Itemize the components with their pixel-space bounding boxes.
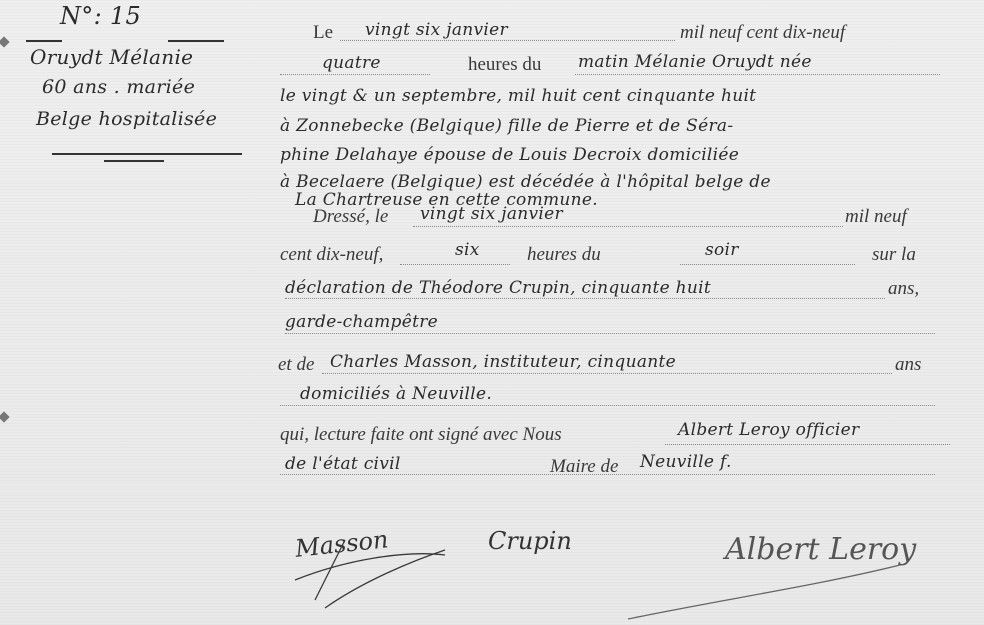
hand-date: vingt six janvier bbox=[365, 20, 508, 40]
dotted-rule bbox=[665, 444, 950, 445]
printed-qui-lecture: qui, lecture faite ont signé avec Nous bbox=[280, 424, 562, 446]
signature-crupin: Crupin bbox=[488, 527, 572, 555]
binding-mark-top bbox=[0, 36, 10, 47]
margin-underline bbox=[52, 153, 242, 155]
hand-birth-place: à Zonnebecke (Belgique) fille de Pierre … bbox=[280, 116, 733, 136]
binding-mark-bottom bbox=[0, 411, 10, 422]
printed-year: mil neuf cent dix-neuf bbox=[680, 22, 845, 44]
margin-rule-right bbox=[168, 40, 224, 42]
margin-underline-short bbox=[104, 160, 164, 162]
dotted-rule bbox=[285, 333, 935, 334]
printed-et-de: et de bbox=[278, 354, 314, 376]
hand-hour: quatre bbox=[322, 53, 381, 73]
record-number: N°: 15 bbox=[60, 2, 141, 30]
margin-age-status: 60 ans . mariée bbox=[42, 76, 195, 98]
printed-le: Le bbox=[313, 22, 333, 44]
printed-ans-2: ans bbox=[895, 354, 921, 376]
dotted-rule bbox=[340, 40, 675, 41]
hand-birth-date: le vingt & un septembre, mil huit cent c… bbox=[280, 86, 756, 106]
signature-flourish-3 bbox=[620, 555, 920, 625]
hand-drawn-date: vingt six janvier bbox=[420, 204, 563, 224]
hand-officer: Albert Leroy officier bbox=[678, 420, 859, 440]
hand-domicile: domiciliés à Neuville. bbox=[300, 384, 492, 404]
dotted-rule bbox=[280, 405, 935, 406]
margin-note: Belge hospitalisée bbox=[36, 108, 217, 130]
margin-rule-left bbox=[26, 40, 62, 42]
printed-cent-dix-neuf: cent dix-neuf, bbox=[280, 244, 383, 266]
dotted-rule bbox=[575, 74, 940, 75]
dotted-rule bbox=[280, 74, 430, 75]
hand-occupation-1: garde-champêtre bbox=[285, 312, 438, 332]
printed-mil-neuf: mil neuf bbox=[845, 206, 907, 228]
hand-commune-name: Neuville f. bbox=[640, 452, 732, 472]
printed-heures-du: heures du bbox=[468, 54, 541, 76]
dotted-rule bbox=[322, 373, 892, 374]
dotted-rule bbox=[400, 264, 510, 265]
hand-spouse: phine Delahaye épouse de Louis Decroix d… bbox=[280, 145, 739, 165]
printed-heures-du-2: heures du bbox=[527, 244, 601, 266]
hand-declarant-1: déclaration de Théodore Crupin, cinquant… bbox=[285, 278, 711, 298]
printed-maire-de: Maire de bbox=[550, 456, 618, 478]
dotted-rule bbox=[285, 298, 885, 299]
margin-name: Oruydt Mélanie bbox=[30, 45, 193, 69]
dotted-rule bbox=[680, 264, 855, 265]
hand-soir: soir bbox=[705, 240, 739, 260]
hand-declarant-2: Charles Masson, instituteur, cinquante bbox=[330, 352, 676, 372]
hand-death-place: à Becelaere (Belgique) est décédée à l'h… bbox=[280, 172, 771, 192]
printed-dresse: Dressé, le bbox=[313, 206, 388, 228]
printed-sur-la: sur la bbox=[872, 244, 916, 266]
hand-drawn-hour: six bbox=[455, 240, 480, 260]
hand-etat-civil: de l'état civil bbox=[285, 454, 401, 474]
dotted-rule bbox=[413, 226, 843, 227]
signature-flourish-1 bbox=[285, 520, 465, 610]
hand-time-name: matin Mélanie Oruydt née bbox=[578, 52, 812, 72]
document-page: N°: 15 Oruydt Mélanie 60 ans . mariée Be… bbox=[0, 0, 984, 625]
printed-ans-1: ans, bbox=[888, 278, 919, 300]
